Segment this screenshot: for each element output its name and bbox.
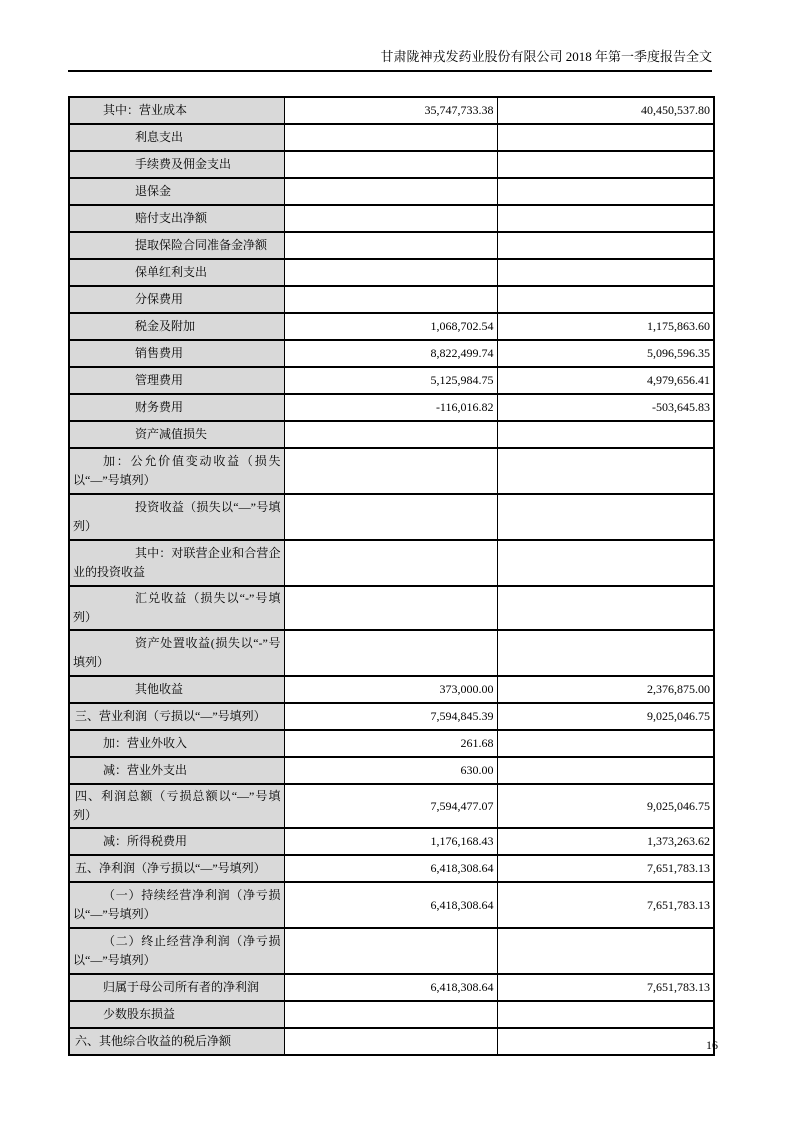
row-label-cell: 利息支出 [69, 124, 284, 151]
value-cell: 6,418,308.64 [284, 855, 497, 882]
value-cell [284, 178, 497, 205]
table-row: 汇兑收益（损失以“-”号填列） [69, 586, 714, 630]
table-row: 资产减值损失 [69, 421, 714, 448]
value-cell: 261.68 [284, 730, 497, 757]
value-cell [284, 232, 497, 259]
value-cell [284, 928, 497, 974]
value-cell: 5,096,596.35 [497, 340, 714, 367]
row-label-cell: 汇兑收益（损失以“-”号填列） [69, 586, 284, 630]
value-cell [497, 630, 714, 676]
row-label-cell: 税金及附加 [69, 313, 284, 340]
table-row: 资产处置收益(损失以“-”号填列） [69, 630, 714, 676]
table-row: 其中：对联营企业和合营企业的投资收益 [69, 540, 714, 586]
value-cell [284, 586, 497, 630]
row-label-cell: 其他收益 [69, 676, 284, 703]
table-row: 投资收益（损失以“—”号填列） [69, 494, 714, 540]
table-row: 利息支出 [69, 124, 714, 151]
value-cell [284, 421, 497, 448]
row-label-cell: 其中：对联营企业和合营企业的投资收益 [69, 540, 284, 586]
table-row: 管理费用5,125,984.754,979,656.41 [69, 367, 714, 394]
table-row: （一）持续经营净利润（净亏损以“—”号填列）6,418,308.647,651,… [69, 882, 714, 928]
value-cell [497, 205, 714, 232]
row-label-cell: 保单红利支出 [69, 259, 284, 286]
value-cell: 630.00 [284, 757, 497, 784]
value-cell: 35,747,733.38 [284, 97, 497, 124]
value-cell [497, 540, 714, 586]
value-cell: 9,025,046.75 [497, 784, 714, 828]
row-label-cell: 加：公允价值变动收益（损失以“—”号填列） [69, 448, 284, 494]
value-cell: 7,651,783.13 [497, 974, 714, 1001]
row-label-cell: 退保金 [69, 178, 284, 205]
value-cell [284, 630, 497, 676]
row-label-cell: 赔付支出净额 [69, 205, 284, 232]
table-row: 财务费用-116,016.82-503,645.83 [69, 394, 714, 421]
value-cell [284, 448, 497, 494]
value-cell [284, 1001, 497, 1028]
row-label-cell: 三、营业利润（亏损以“—”号填列） [69, 703, 284, 730]
table-row: 减：营业外支出630.00 [69, 757, 714, 784]
value-cell [497, 151, 714, 178]
row-label-cell: 管理费用 [69, 367, 284, 394]
value-cell [497, 421, 714, 448]
value-cell [497, 928, 714, 974]
value-cell [497, 586, 714, 630]
table-row: 保单红利支出 [69, 259, 714, 286]
value-cell: 9,025,046.75 [497, 703, 714, 730]
value-cell: 8,822,499.74 [284, 340, 497, 367]
value-cell [497, 178, 714, 205]
income-statement-table: 其中：营业成本35,747,733.3840,450,537.80利息支出手续费… [68, 96, 715, 1056]
value-cell: 7,651,783.13 [497, 855, 714, 882]
row-label-cell: 少数股东损益 [69, 1001, 284, 1028]
value-cell [284, 259, 497, 286]
income-statement-rows: 其中：营业成本35,747,733.3840,450,537.80利息支出手续费… [69, 97, 714, 1055]
value-cell [497, 286, 714, 313]
row-label-cell: 提取保险合同准备金净额 [69, 232, 284, 259]
value-cell: 1,175,863.60 [497, 313, 714, 340]
value-cell: 1,373,263.62 [497, 828, 714, 855]
row-label-cell: 财务费用 [69, 394, 284, 421]
row-label-cell: 分保费用 [69, 286, 284, 313]
table-row: 减：所得税费用1,176,168.431,373,263.62 [69, 828, 714, 855]
value-cell [284, 124, 497, 151]
table-row: 五、净利润（净亏损以“—”号填列）6,418,308.647,651,783.1… [69, 855, 714, 882]
value-cell [497, 757, 714, 784]
value-cell: -116,016.82 [284, 394, 497, 421]
row-label-cell: （一）持续经营净利润（净亏损以“—”号填列） [69, 882, 284, 928]
value-cell: -503,645.83 [497, 394, 714, 421]
table-row: 提取保险合同准备金净额 [69, 232, 714, 259]
value-cell [497, 124, 714, 151]
table-row: 归属于母公司所有者的净利润6,418,308.647,651,783.13 [69, 974, 714, 1001]
value-cell [497, 494, 714, 540]
value-cell: 373,000.00 [284, 676, 497, 703]
value-cell [497, 232, 714, 259]
table-row: 其他收益373,000.002,376,875.00 [69, 676, 714, 703]
table-row: 税金及附加1,068,702.541,175,863.60 [69, 313, 714, 340]
row-label-cell: 资产处置收益(损失以“-”号填列） [69, 630, 284, 676]
value-cell [284, 151, 497, 178]
row-label-cell: 投资收益（损失以“—”号填列） [69, 494, 284, 540]
row-label-cell: 五、净利润（净亏损以“—”号填列） [69, 855, 284, 882]
row-label-cell: 归属于母公司所有者的净利润 [69, 974, 284, 1001]
value-cell: 40,450,537.80 [497, 97, 714, 124]
value-cell [284, 205, 497, 232]
row-label-cell: 资产减值损失 [69, 421, 284, 448]
table-row: 其中：营业成本35,747,733.3840,450,537.80 [69, 97, 714, 124]
value-cell: 7,594,477.07 [284, 784, 497, 828]
table-row: 少数股东损益 [69, 1001, 714, 1028]
table-row: 三、营业利润（亏损以“—”号填列）7,594,845.399,025,046.7… [69, 703, 714, 730]
value-cell [497, 730, 714, 757]
table-row: 分保费用 [69, 286, 714, 313]
row-label-cell: 四、利润总额（亏损总额以“—”号填列） [69, 784, 284, 828]
value-cell [497, 259, 714, 286]
value-cell: 6,418,308.64 [284, 974, 497, 1001]
value-cell [284, 540, 497, 586]
row-label-cell: 其中：营业成本 [69, 97, 284, 124]
report-title: 甘肃陇神戎发药业股份有限公司 2018 年第一季度报告全文 [380, 49, 712, 64]
table-row: 手续费及佣金支出 [69, 151, 714, 178]
table-row: （二）终止经营净利润（净亏损以“—”号填列） [69, 928, 714, 974]
value-cell: 7,651,783.13 [497, 882, 714, 928]
page-header: 甘肃陇神戎发药业股份有限公司 2018 年第一季度报告全文 [68, 48, 712, 72]
value-cell: 1,068,702.54 [284, 313, 497, 340]
table-row: 四、利润总额（亏损总额以“—”号填列）7,594,477.079,025,046… [69, 784, 714, 828]
table-row: 退保金 [69, 178, 714, 205]
value-cell: 5,125,984.75 [284, 367, 497, 394]
value-cell [497, 1001, 714, 1028]
row-label-cell: 减：营业外支出 [69, 757, 284, 784]
table-row: 销售费用8,822,499.745,096,596.35 [69, 340, 714, 367]
table-row: 赔付支出净额 [69, 205, 714, 232]
value-cell [284, 494, 497, 540]
value-cell: 4,979,656.41 [497, 367, 714, 394]
row-label-cell: 销售费用 [69, 340, 284, 367]
row-label-cell: 减：所得税费用 [69, 828, 284, 855]
value-cell [284, 286, 497, 313]
report-page: 甘肃陇神戎发药业股份有限公司 2018 年第一季度报告全文 其中：营业成本35,… [0, 0, 793, 1122]
value-cell [497, 448, 714, 494]
row-label-cell: （二）终止经营净利润（净亏损以“—”号填列） [69, 928, 284, 974]
table-row: 加：营业外收入261.68 [69, 730, 714, 757]
value-cell: 1,176,168.43 [284, 828, 497, 855]
page-number: 16 [68, 1038, 718, 1053]
value-cell: 7,594,845.39 [284, 703, 497, 730]
value-cell: 2,376,875.00 [497, 676, 714, 703]
table-row: 加：公允价值变动收益（损失以“—”号填列） [69, 448, 714, 494]
row-label-cell: 手续费及佣金支出 [69, 151, 284, 178]
value-cell: 6,418,308.64 [284, 882, 497, 928]
row-label-cell: 加：营业外收入 [69, 730, 284, 757]
